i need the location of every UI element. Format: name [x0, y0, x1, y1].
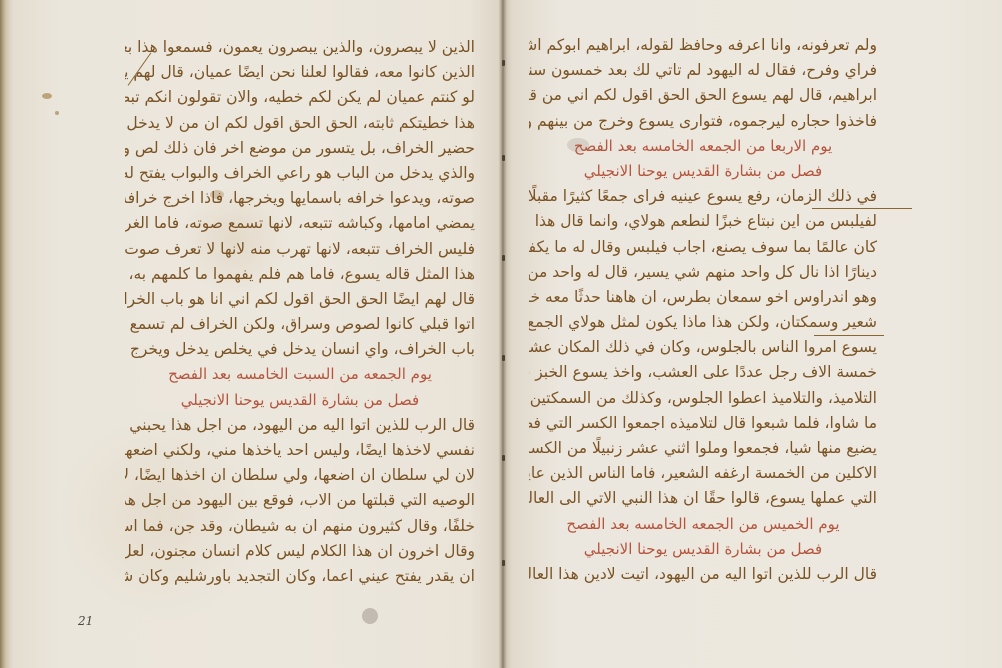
right-text-block: ولم تعرفونه، وانا اعرفه وحافظ لقوله، ابر… — [529, 33, 877, 587]
left-text-block: الذين لا يبصرون، والذين يبصرون يعمون، فس… — [125, 35, 475, 589]
text-line: ان يقدر يفتح عيني اعما، وكان التجديد باو… — [125, 564, 475, 589]
text-line: لو كنتم عميان لم يكن لكم خطيه، والان تقو… — [125, 85, 475, 110]
text-line: فليس الخراف تتبعه، لانها تهرب منه لانها … — [125, 237, 475, 262]
text-line: لان لي سلطان ان اضعها، ولي سلطان ان اخذه… — [125, 463, 475, 488]
text-line: الذين لا يبصرون، والذين يبصرون يعمون، فس… — [125, 35, 475, 60]
text-line: باب الخراف، واي انسان يدخل في يخلص يدخل … — [125, 337, 475, 362]
folio-number: 21 — [78, 614, 93, 628]
text-line: خمسة الاف رجل عددًا على العشب، واخذ يسوع… — [529, 360, 877, 385]
text-line: قال لهم ايضًا الحق الحق اقول لكم اني انا… — [125, 287, 475, 312]
text-line: يضيع منها شيا، فجمعوا وملوا اثني عشر زنب… — [529, 436, 877, 461]
rubric-heading: يوم الخميس من الجمعه الخامسه بعد الفصح — [529, 512, 877, 537]
text-line: التلاميذ، والتلاميذ اعطوا الجلوس، وكذلك … — [529, 386, 877, 411]
text-line: صوته، ويدعوا خرافه باسمايها ويخرجها، فاذ… — [125, 186, 475, 211]
text-line: والذي يدخل من الباب هو راعي الخراف والبو… — [125, 161, 475, 186]
text-line: ابراهيم، قال لهم يسوع الحق الحق اقول لكم… — [529, 83, 877, 108]
text-line: يمضي امامها، وكباشه تتبعه، لانها تسمع صو… — [125, 211, 475, 236]
text-line: الوصيه التي قبلتها من الاب، فوقع بين الي… — [125, 488, 475, 513]
text-line: ولم تعرفونه، وانا اعرفه وحافظ لقوله، ابر… — [529, 33, 877, 58]
text-line: وهو اندراوس اخو سمعان بطرس، ان هاهنا حدث… — [529, 285, 877, 310]
text-line: التي عملها يسوع، قالوا حقًا ان هذا النبي… — [529, 486, 877, 511]
text-line: ما شاوا، فلما شبعوا قال لتلاميذه اجمعوا … — [529, 411, 877, 436]
text-line: فاخذوا حجاره ليرجموه، فتوارى يسوع وخرج م… — [529, 109, 877, 134]
rubric-heading: يوم الاربعا من الجمعه الخامسه بعد الفصح — [529, 134, 877, 159]
text-line: حضير الخراف، بل يتسور من موضع اخر فان ذل… — [125, 136, 475, 161]
text-line: هذا المثل قاله يسوع، فاما هم فلم يفهموا … — [125, 262, 475, 287]
left-page: الذين لا يبصرون، والذين يبصرون يعمون، فس… — [0, 0, 500, 668]
rubric-heading: فصل من بشارة القديس يوحنا الانجيلي — [529, 159, 877, 184]
text-line: دينارًا اذا نال كل واحد منهم شي يسير، قا… — [529, 260, 877, 285]
text-line: قال الرب للذين اتوا اليه من اليهود، من ا… — [125, 413, 475, 438]
text-line: الذين كانوا معه، فقالوا لعلنا نحن ايضًا … — [125, 60, 475, 85]
text-line: فراي وفرح، فقال له اليهود لم تاتي لك بعد… — [529, 58, 877, 83]
text-line: في ذلك الزمان، رفع يسوع عينيه فراى جمعًا… — [529, 184, 877, 209]
text-line: خلفًا، وقال كثيرون منهم ان به شيطان، وقد… — [125, 514, 475, 539]
text-line: الاكلين من الخمسة ارغفه الشعير، فاما الن… — [529, 461, 877, 486]
text-line: كان عالمًا بما سوف يصنع، اجاب فيلبس وقال… — [529, 235, 877, 260]
manuscript-spread: الذين لا يبصرون، والذين يبصرون يعمون، فس… — [0, 0, 1002, 668]
text-line: هذا خطيتكم ثابته، الحق الحق اقول لكم ان … — [125, 111, 475, 136]
right-page: ولم تعرفونه، وانا اعرفه وحافظ لقوله، ابر… — [504, 0, 1002, 668]
text-line: وقال اخرون ان هذا الكلام ليس كلام انسان … — [125, 539, 475, 564]
text-line: لفيلبس من اين نبتاع خبزًا لنطعم هولاي، و… — [529, 209, 877, 234]
text-line: نفسي لاخذها ايضًا، وليس احد ياخذها مني، … — [125, 438, 475, 463]
rubric-heading: فصل من بشارة القديس يوحنا الانجيلي — [125, 388, 475, 413]
text-line: يسوع امروا الناس بالجلوس، وكان في ذلك ال… — [529, 335, 877, 360]
text-line: شعير وسمكتان، ولكن هذا ماذا يكون لمثل هو… — [529, 310, 877, 335]
rubric-heading: فصل من بشارة القديس يوحنا الانجيلي — [529, 537, 877, 562]
text-line: اتوا قبلي كانوا لصوص وسراق، ولكن الخراف … — [125, 312, 475, 337]
rubric-heading: يوم الجمعه من السبت الخامسه بعد الفصح — [125, 362, 475, 387]
text-line: قال الرب للذين اتوا اليه من اليهود، اتيت… — [529, 562, 877, 587]
